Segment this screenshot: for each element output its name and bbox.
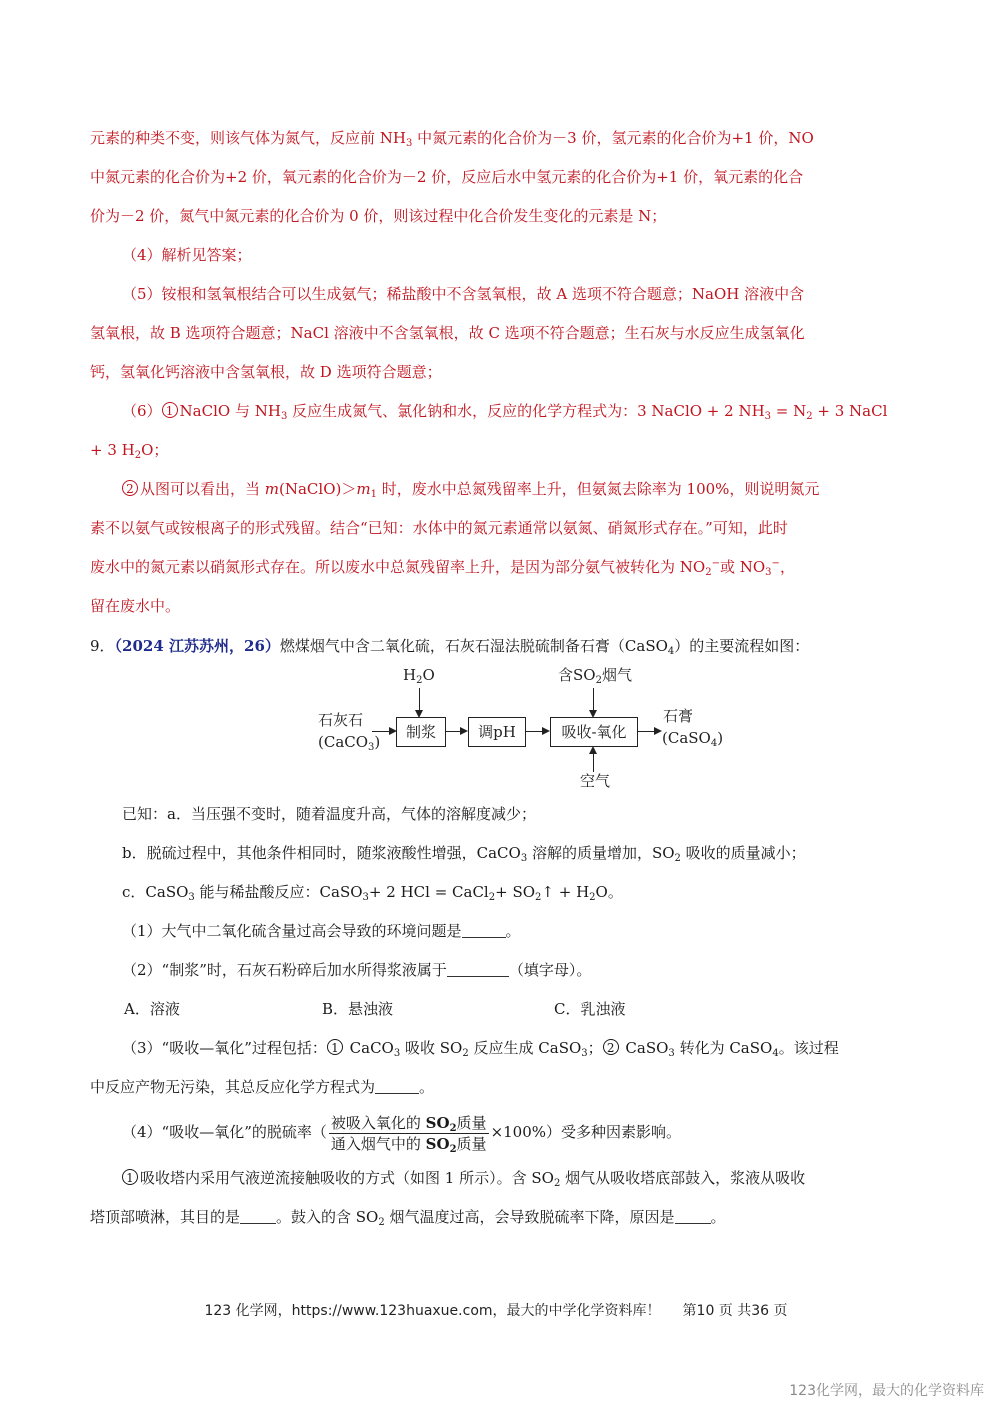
text: SO <box>426 1135 450 1153</box>
step-slurry-box: 制浆 <box>396 717 446 747</box>
known-c: c．CaSO3 能与稀盐酸反应：CaSO3+ 2 HCl = CaCl2+ SO… <box>122 882 623 902</box>
page-number: 第10 页 共36 页 <box>683 1303 788 1319</box>
text: CaCO <box>345 1039 394 1057</box>
answer-line: 素不以氨气或铵根离子的形式残留。结合“已知：水体中的氮元素通常以氨氮、硝氮形式存… <box>90 518 788 538</box>
known-b: b．脱硫过程中，其他条件相同时，随浆液酸性增强，CaCO3 溶解的质量增加，SO… <box>122 843 806 863</box>
input-air-label: 空气 <box>580 772 610 790</box>
answer-part-4: （4）解析见答案； <box>122 245 252 265</box>
text: 中氮元素的化合价为－3 价，氢元素的化合价为+1 价，NO <box>412 129 813 147</box>
text: (NaClO)＞ <box>279 480 356 498</box>
text: 烟气 <box>602 666 632 684</box>
text: ； <box>588 1039 603 1057</box>
step-absorb-oxidize-box: 吸收-氧化 <box>550 717 638 747</box>
sub-question-4: （4）“吸收—氧化”的脱硫率（被吸入氧化的 SO2质量通入烟气中的 SO2质量×… <box>122 1112 681 1154</box>
text: 通入烟气中的 <box>331 1135 426 1153</box>
answer-line: 废水中的氮元素以硝氮形式存在。所以废水中总氮残留率上升，是因为部分氨气被转化为 … <box>90 557 795 577</box>
sub-question-4-part-1-cont: 塔顶部喷淋，其目的是。鼓入的含 SO2 烟气温度过高，会导致脱硫率下降，原因是。 <box>90 1207 726 1227</box>
watermark: 123化学网，最大的化学资料库 <box>789 1380 984 1400</box>
answer-part-5: （5）铵根和氢氧根结合可以生成氨气；稀盐酸中不含氢氧根，故 A 选项不符合题意；… <box>122 284 804 304</box>
text: 。鼓入的含 SO <box>276 1208 378 1226</box>
process-flow-diagram: H2O 石灰石 (CaCO3) 制浆 调pH 含SO2烟气 吸收-氧化 空气 石… <box>300 662 740 792</box>
answer-line: + 3 H2O； <box>90 440 168 460</box>
text: 废水中的氮元素以硝氮形式存在。所以废水中总氮残留率上升，是因为部分氨气被转化为 … <box>90 558 705 576</box>
text: （6） <box>122 402 162 420</box>
option-c: C．乳浊液 <box>554 999 625 1019</box>
text: 元素的种类不变，则该气体为氮气，反应前 NH <box>90 129 406 147</box>
text: + SO <box>495 883 535 901</box>
sub-question-3-cont: 中反应产物无污染，其总反应化学方程式为。 <box>90 1077 434 1097</box>
answer-line: 钙，氢氧化钙溶液中含氢氧根，故 D 选项符合题意； <box>90 362 442 382</box>
text: 吸收的质量减小； <box>681 844 806 862</box>
arrow-right-icon <box>638 731 660 732</box>
arrow-down-icon <box>419 688 420 716</box>
text: + 2 HCl = CaCl <box>369 883 489 901</box>
text: 燃煤烟气中含二氧化硫，石灰石湿法脱硫制备石膏（CaSO <box>280 637 668 655</box>
text: CaSO <box>621 1039 669 1057</box>
text: O。 <box>596 883 623 901</box>
text: (CaSO <box>662 729 711 747</box>
text: H <box>403 666 416 684</box>
text: (CaCO <box>318 733 368 751</box>
footer-site-text: 123 化学网，https://www.123huaxue.com，最大的中学化… <box>204 1303 660 1319</box>
text: 。 <box>419 1078 434 1096</box>
sub-question-1: （1）大气中二氧化硫含量过高会导致的环境问题是。 <box>122 921 521 941</box>
known-a: 已知：a．当压强不变时，随着温度升高，气体的溶解度减少； <box>122 804 536 824</box>
text: 吸收 SO <box>400 1039 462 1057</box>
text: 溶解的质量增加，SO <box>527 844 674 862</box>
sub-question-4-part-1: 1吸收塔内采用气液逆流接触吸收的方式（如图 1 所示）。含 SO2 烟气从吸收塔… <box>122 1168 805 1188</box>
text: ×100%）受多种因素影响。 <box>491 1123 681 1141</box>
text: 质量 <box>457 1114 487 1132</box>
text: NaClO 与 NH <box>180 402 281 420</box>
text: O <box>422 666 434 684</box>
option-a: A．溶液 <box>124 999 180 1019</box>
answer-line: 元素的种类不变，则该气体为氮气，反应前 NH3 中氮元素的化合价为－3 价，氢元… <box>90 128 814 148</box>
text: + 3 NaCl <box>813 402 888 420</box>
text: ， <box>780 558 795 576</box>
question-stem: 9．（2024 江苏苏州，26）燃煤烟气中含二氧化硫，石灰石湿法脱硫制备石膏（C… <box>90 636 809 656</box>
math-var: m <box>265 480 279 498</box>
text: + 3 H <box>90 441 135 459</box>
text: （2）“制浆”时，石灰石粉碎后加水所得浆液属于 <box>122 961 447 979</box>
subscript: 2 <box>450 1144 457 1155</box>
arrow-right-icon <box>526 731 548 732</box>
text: = N <box>771 402 806 420</box>
output-gypsum-label: 石膏 <box>663 707 693 725</box>
text: 时，废水中总氮残留率上升，但氨氮去除率为 100%，则说明氮元 <box>377 480 819 498</box>
text: 从图可以看出，当 <box>140 480 265 498</box>
sub-question-3: （3）“吸收—氧化”过程包括：1 CaCO3 吸收 SO2 反应生成 CaSO3… <box>122 1038 839 1058</box>
fraction-denominator: 通入烟气中的 SO2质量 <box>329 1134 489 1154</box>
text: c．CaSO <box>122 883 188 901</box>
input-water-label: H2O <box>403 666 435 684</box>
text: 塔顶部喷淋，其目的是 <box>90 1208 240 1226</box>
text: （填字母）。 <box>509 961 592 979</box>
text: 质量 <box>457 1135 487 1153</box>
desulfurization-rate-fraction: 被吸入氧化的 SO2质量通入烟气中的 SO2质量 <box>329 1113 489 1154</box>
text: 被吸入氧化的 <box>331 1114 426 1132</box>
text: O； <box>141 441 168 459</box>
text: SO <box>426 1114 450 1132</box>
input-limestone-formula: (CaCO3) <box>318 733 380 751</box>
answer-line: 2从图可以看出，当 m(NaClO)＞m1 时，废水中总氮残留率上升，但氨氮去除… <box>122 479 819 499</box>
arrow-up-icon <box>593 748 594 772</box>
text: 。 <box>506 922 521 940</box>
text: 能与稀盐酸反应：CaSO <box>195 883 363 901</box>
text: 反应生成氮气、氯化钠和水，反应的化学方程式为：3 NaClO + 2 NH <box>287 402 764 420</box>
circled-number-icon: 1 <box>327 1039 343 1055</box>
text: ) <box>717 729 723 747</box>
circled-number-icon: 2 <box>122 480 138 496</box>
text: ）的主要流程如图： <box>674 637 809 655</box>
answer-line: 价为－2 价，氮气中氮元素的化合价为 0 价，则该过程中化合价发生变化的元素是 … <box>90 206 666 226</box>
answer-line: 中氮元素的化合价为+2 价，氧元素的化合价为－2 价，反应后水中氢元素的化合价为… <box>90 167 803 187</box>
text: 烟气从吸收塔底部鼓入，浆液从吸收 <box>560 1169 805 1187</box>
text: 或 NO <box>720 558 765 576</box>
text: b．脱硫过程中，其他条件相同时，随浆液酸性增强，CaCO <box>122 844 521 862</box>
answer-blank[interactable] <box>240 1209 276 1224</box>
question-source: （2024 江苏苏州，26） <box>115 637 280 655</box>
question-number: 9． <box>90 637 115 655</box>
fraction-numerator: 被吸入氧化的 SO2质量 <box>329 1113 489 1134</box>
answer-blank[interactable] <box>675 1209 711 1224</box>
text: ↑ + H <box>541 883 589 901</box>
page-footer: 123 化学网，https://www.123huaxue.com，最大的中学化… <box>0 1300 992 1320</box>
text: 。该过程 <box>779 1039 839 1057</box>
input-limestone-label: 石灰石 <box>318 711 363 729</box>
text: 烟气温度过高，会导致脱硫率下降，原因是 <box>385 1208 675 1226</box>
circled-number-icon: 1 <box>122 1169 138 1185</box>
answer-blank[interactable] <box>462 923 506 938</box>
arrow-right-icon <box>372 731 395 732</box>
answer-blank[interactable] <box>447 962 509 977</box>
text: 中反应产物无污染，其总反应化学方程式为 <box>90 1078 375 1096</box>
step-adjust-ph-box: 调pH <box>468 717 526 747</box>
text: 吸收塔内采用气液逆流接触吸收的方式（如图 1 所示）。含 SO <box>140 1169 554 1187</box>
text: 转化为 CaSO <box>675 1039 773 1057</box>
input-so2-gas-label: 含SO2烟气 <box>558 666 632 684</box>
superscript: − <box>712 558 720 569</box>
text: ) <box>374 733 380 751</box>
text: 。 <box>711 1208 726 1226</box>
arrow-down-icon <box>593 688 594 716</box>
sub-question-2: （2）“制浆”时，石灰石粉碎后加水所得浆液属于（填字母）。 <box>122 960 591 980</box>
subscript: 2 <box>450 1123 457 1134</box>
answer-line: 留在废水中。 <box>90 596 180 616</box>
answer-line: 氢氧根，故 B 选项符合题意；NaCl 溶液中不含氢氧根，故 C 选项不符合题意… <box>90 323 805 343</box>
output-gypsum-formula: (CaSO4) <box>662 729 723 747</box>
text: （4）“吸收—氧化”的脱硫率（ <box>122 1123 327 1141</box>
text: 反应生成 CaSO <box>469 1039 582 1057</box>
superscript: − <box>772 558 780 569</box>
text: 含SO <box>558 666 596 684</box>
answer-blank[interactable] <box>375 1079 419 1094</box>
text: （3）“吸收—氧化”过程包括： <box>122 1039 327 1057</box>
text: （1）大气中二氧化硫含量过高会导致的环境问题是 <box>122 922 462 940</box>
math-var: m <box>356 480 370 498</box>
option-b: B．悬浊液 <box>322 999 393 1019</box>
circled-number-icon: 2 <box>603 1039 619 1055</box>
answer-part-6: （6）1NaClO 与 NH3 反应生成氮气、氯化钠和水，反应的化学方程式为：3… <box>122 401 887 421</box>
circled-number-icon: 1 <box>162 402 178 418</box>
arrow-right-icon <box>446 731 466 732</box>
